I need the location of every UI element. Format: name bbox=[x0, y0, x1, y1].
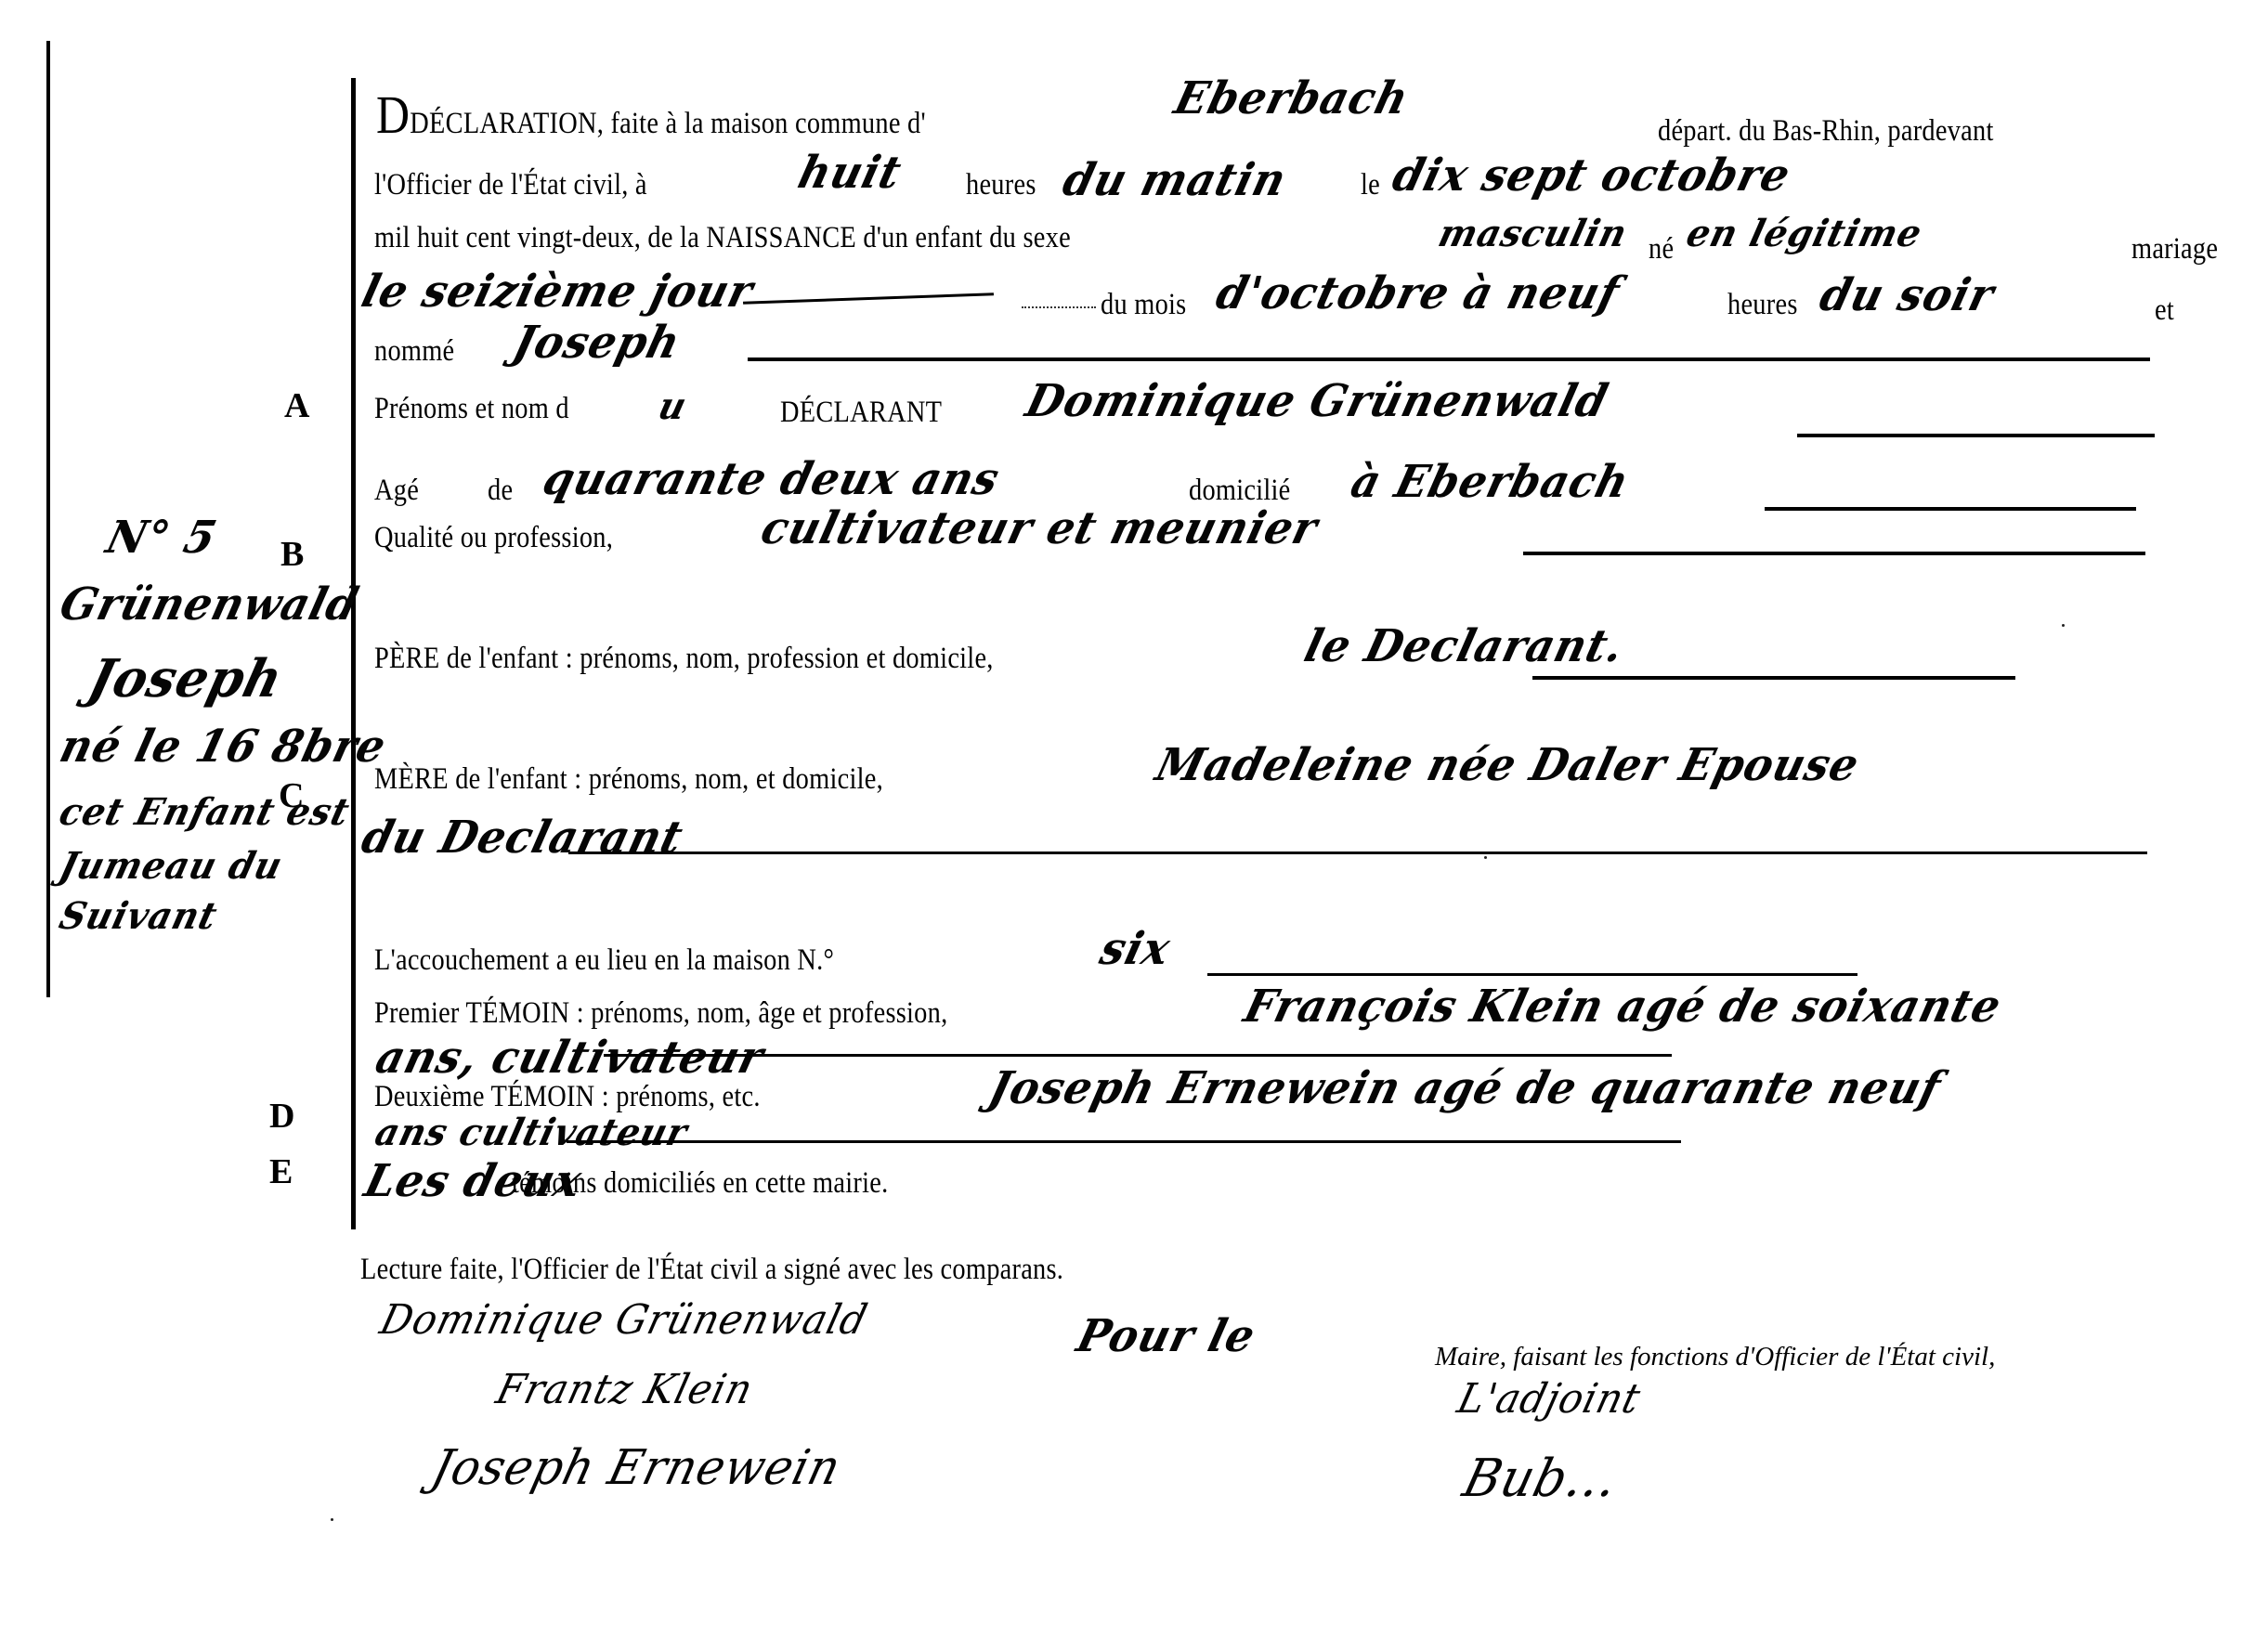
birth-status: en légitime bbox=[1683, 215, 1925, 253]
margin-letter-d: D bbox=[269, 1096, 294, 1137]
margin-note-line: Jumeau du bbox=[56, 848, 286, 885]
signature-officer-title: L'adjoint bbox=[1453, 1379, 1645, 1420]
inner-margin-rule bbox=[351, 78, 356, 1229]
hours-label: heures bbox=[966, 170, 1036, 201]
fill-line bbox=[1207, 973, 1857, 976]
mother-value: Madeleine née Daler Epouse bbox=[1152, 743, 1864, 787]
age-of-label: de bbox=[488, 475, 513, 506]
margin-letter-b: B bbox=[280, 534, 304, 575]
witness1-label: Premier TÉMOIN : prénoms, nom, âge et pr… bbox=[374, 998, 947, 1029]
signature-declarant: Dominique Grünenwald bbox=[376, 1300, 871, 1341]
fill-line bbox=[1797, 434, 2155, 437]
month-label: du mois bbox=[1101, 290, 1186, 320]
witness2-value-cont: ans cultivateur bbox=[371, 1114, 691, 1151]
declarant-domicile: à Eberbach bbox=[1347, 460, 1634, 504]
commune-name: Eberbach bbox=[1170, 76, 1414, 121]
birth-day: le seizième jour bbox=[358, 269, 758, 314]
profession-label: Qualité ou profession, bbox=[374, 523, 613, 553]
reading-statement: Lecture faite, l'Officier de l'État civi… bbox=[360, 1254, 1063, 1285]
fill-line bbox=[1765, 507, 2136, 511]
margin-letter-e: E bbox=[269, 1151, 293, 1192]
birth-time-of-day: du soir bbox=[1816, 273, 1999, 318]
declarant-age: quarante deux ans bbox=[539, 457, 1004, 501]
father-label: PÈRE de l'enfant : prénoms, nom, profess… bbox=[374, 643, 994, 674]
declarant-heading: DÉCLARANT bbox=[780, 397, 942, 428]
declaration-date: dix sept octobre bbox=[1388, 153, 1795, 198]
fill-line bbox=[1523, 552, 2145, 555]
margin-note-line: né le 16 8bre bbox=[56, 724, 391, 769]
witness2-value: Joseph Ernewein agé de quarante neuf bbox=[984, 1066, 1946, 1111]
ink-speck bbox=[2062, 624, 2065, 627]
fill-line bbox=[567, 1140, 1681, 1143]
margin-note-line: Grünenwald bbox=[56, 582, 363, 627]
declarant-label: Prénoms et nom d bbox=[374, 394, 569, 424]
signature-witness1: Frantz Klein bbox=[492, 1370, 757, 1410]
margin-note-line: Suivant bbox=[56, 898, 221, 935]
mother-label: MÈRE de l'enfant : prénoms, nom, et domi… bbox=[374, 764, 883, 795]
declaration-initial: D bbox=[376, 84, 410, 145]
officer-text: l'Officier de l'État civil, à bbox=[374, 170, 647, 201]
child-sex: masculin bbox=[1435, 215, 1631, 253]
mayor-title: Maire, faisant les fonctions d'Officier … bbox=[1435, 1342, 1995, 1372]
witness1-value-cont: ans, cultivateur bbox=[371, 1035, 768, 1080]
fill-line bbox=[748, 357, 2150, 361]
declarant-profession: cultivateur et meunier bbox=[757, 506, 1323, 551]
house-number: six bbox=[1096, 927, 1175, 971]
born-label: né bbox=[1649, 234, 1674, 265]
marriage-label: mariage bbox=[2131, 234, 2218, 265]
child-name: Joseph bbox=[509, 320, 684, 365]
birth-certificate-page: A B C D E N° 5 Grünenwald Joseph né le 1… bbox=[0, 0, 2268, 1638]
father-value: le Declarant. bbox=[1300, 624, 1628, 669]
fill-line bbox=[568, 851, 2147, 854]
outer-margin-rule bbox=[46, 41, 50, 997]
fill-line bbox=[1532, 676, 2015, 680]
fill-dots bbox=[1022, 306, 1096, 308]
hours-label: heures bbox=[1727, 290, 1798, 320]
declaration-text: DÉCLARATION, faite à la maison commune d… bbox=[410, 107, 926, 140]
fill-line bbox=[743, 292, 994, 304]
witnesses-domicile-text: témoins domiciliés en cette mairie. bbox=[512, 1168, 888, 1199]
birthplace-label: L'accouchement a eu lieu en la maison N.… bbox=[374, 945, 834, 976]
declarant-article: u bbox=[655, 388, 691, 425]
age-label: Agé bbox=[374, 475, 419, 506]
ink-speck bbox=[1484, 856, 1487, 859]
margin-note-number: N° 5 bbox=[102, 515, 221, 560]
margin-note-line: Joseph bbox=[84, 653, 288, 705]
signature-witness2: Joseph Ernewein bbox=[427, 1444, 845, 1492]
ink-speck bbox=[331, 1518, 333, 1521]
pour-le: Pour le bbox=[1073, 1314, 1259, 1358]
witness1-value: François Klein agé de soixante bbox=[1240, 984, 2006, 1029]
fill-line bbox=[604, 1054, 1672, 1057]
year-birth-text: mil huit cent vingt-deux, de la NAISSANC… bbox=[374, 223, 1071, 253]
department-text: départ. du Bas-Rhin, pardevant bbox=[1658, 116, 1994, 147]
birth-month-hour: d'octobre à neuf bbox=[1212, 271, 1624, 316]
declarant-name: Dominique Grünenwald bbox=[1022, 379, 1612, 423]
declaration-heading: DDÉCLARATION, faite à la maison commune … bbox=[376, 88, 926, 142]
and-label: et bbox=[2155, 295, 2174, 326]
margin-letter-a: A bbox=[284, 385, 309, 426]
time-of-day: du matin bbox=[1059, 158, 1291, 202]
margin-note-line: cet Enfant est bbox=[56, 794, 353, 831]
date-label: le bbox=[1361, 170, 1380, 201]
witness2-label: Deuxième TÉMOIN : prénoms, etc. bbox=[374, 1082, 761, 1112]
signature-officer: Bub... bbox=[1458, 1453, 1623, 1505]
named-label: nommé bbox=[374, 336, 454, 367]
hour-value: huit bbox=[794, 150, 906, 195]
